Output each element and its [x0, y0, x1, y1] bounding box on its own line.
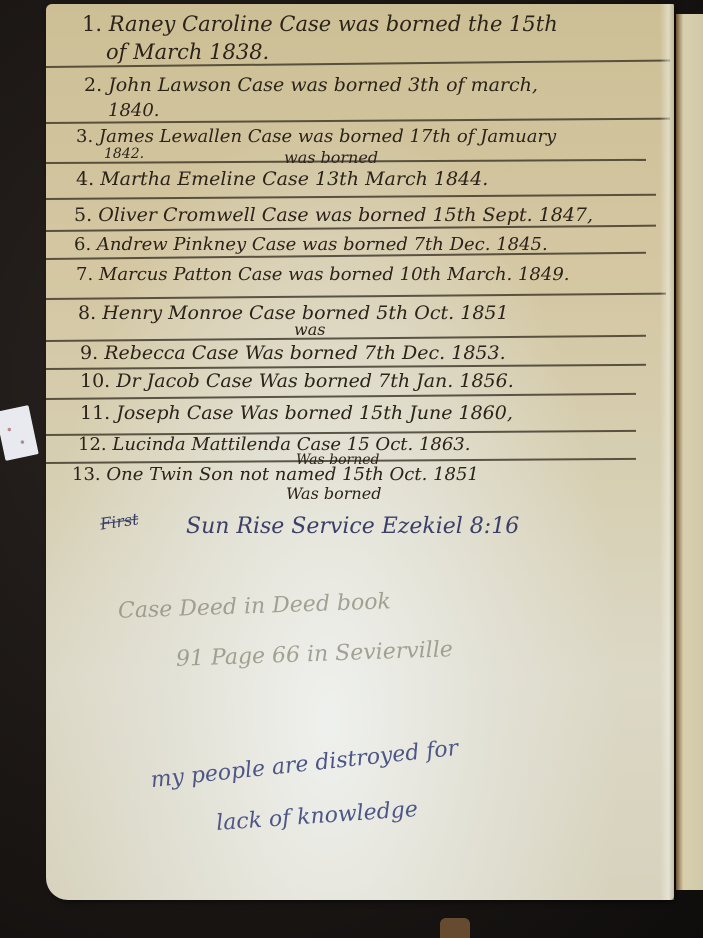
entry-12: 12. Lucinda Mattilenda Case 15 Oct. 1863… — [78, 434, 470, 455]
entry-number: 12. — [78, 434, 107, 455]
entry-text: Raney Caroline Case was borned the 15th — [109, 12, 558, 36]
entry-number: 7. — [76, 264, 93, 285]
entry-8-insertion: was — [294, 320, 325, 339]
entry-5: 5. Oliver Cromwell Case was borned 15th … — [74, 204, 593, 226]
ruled-line — [46, 194, 656, 200]
entry-11: 11. Joseph Case Was borned 15th June 186… — [80, 402, 513, 424]
entry-number: 8. — [78, 302, 96, 324]
entry-number: 13. — [72, 464, 101, 485]
entry-text: Dr Jacob Case Was borned 7th Jan. 1856. — [116, 370, 514, 392]
entry-number: 11. — [80, 402, 110, 424]
entry-1-continuation: of March 1838. — [106, 40, 269, 64]
entry-number: 5. — [74, 204, 92, 226]
entry-2-continuation: 1840. — [108, 100, 160, 121]
entry-2: 2. John Lawson Case was borned 3th of ma… — [84, 74, 538, 96]
paper-scrap — [0, 405, 39, 461]
entry-9: 9. Rebecca Case Was borned 7th Dec. 1853… — [80, 342, 506, 364]
note-deed-book: Case Deed in Deed book — [118, 589, 392, 624]
entry-1: 1. Raney Caroline Case was borned the 15… — [82, 12, 558, 36]
entry-text: Lucinda Mattilenda Case 15 Oct. 1863. — [112, 434, 470, 455]
entry-3: 3. James Lewallen Case was borned 17th o… — [76, 126, 556, 147]
note-deed-page: 91 Page 66 in Sevierville — [176, 637, 454, 672]
ruled-line — [46, 293, 666, 300]
entry-text: Andrew Pinkney Case was borned 7th Dec. … — [97, 234, 548, 255]
entry-4-insertion: was borned — [284, 148, 378, 167]
entry-number: 1. — [82, 12, 102, 36]
facing-page-edge — [676, 14, 703, 890]
entry-text: One Twin Son not named 15th Oct. 1851 — [106, 464, 479, 485]
entry-number: 2. — [84, 74, 102, 96]
entry-text: James Lewallen Case was borned 17th of J… — [99, 126, 556, 147]
entry-text: John Lawson Case was borned 3th of march… — [108, 74, 538, 96]
entry-10: 10. Dr Jacob Case Was borned 7th Jan. 18… — [80, 370, 514, 392]
notebook-page: 1. Raney Caroline Case was borned the 15… — [46, 4, 674, 900]
entry-number: 6. — [74, 234, 91, 255]
entry-13-insertion: Was borned — [286, 484, 381, 503]
entry-text: Martha Emeline Case 13th March 1844. — [100, 168, 488, 190]
entry-13: 13. One Twin Son not named 15th Oct. 185… — [72, 464, 479, 485]
entry-text: Rebecca Case Was borned 7th Dec. 1853. — [104, 342, 505, 364]
note-scripture-line-2: lack of knowledge — [215, 797, 418, 836]
note-sunrise-service: Sun Rise Service Ezekiel 8:16 — [186, 514, 519, 539]
entry-number: 9. — [80, 342, 98, 364]
note-scripture-line-1: my people are distroyed for — [150, 736, 460, 793]
ruled-line — [46, 393, 636, 400]
entry-text: Oliver Cromwell Case was borned 15th Sep… — [98, 204, 593, 226]
entry-4: 4. Martha Emeline Case 13th March 1844. — [76, 168, 488, 190]
ruled-line — [46, 335, 646, 342]
notebook-tab — [440, 918, 470, 938]
entry-text: Marcus Patton Case was borned 10th March… — [99, 264, 570, 285]
note-first-struck: First — [99, 509, 140, 533]
entry-number: 4. — [76, 168, 94, 190]
entry-7: 7. Marcus Patton Case was borned 10th Ma… — [76, 264, 570, 285]
entry-number: 10. — [80, 370, 110, 392]
entry-6: 6. Andrew Pinkney Case was borned 7th De… — [74, 234, 548, 255]
entry-number: 3. — [76, 126, 93, 147]
entry-text: Joseph Case Was borned 15th June 1860, — [116, 402, 513, 424]
entry-3-continuation: 1842. — [104, 146, 144, 162]
